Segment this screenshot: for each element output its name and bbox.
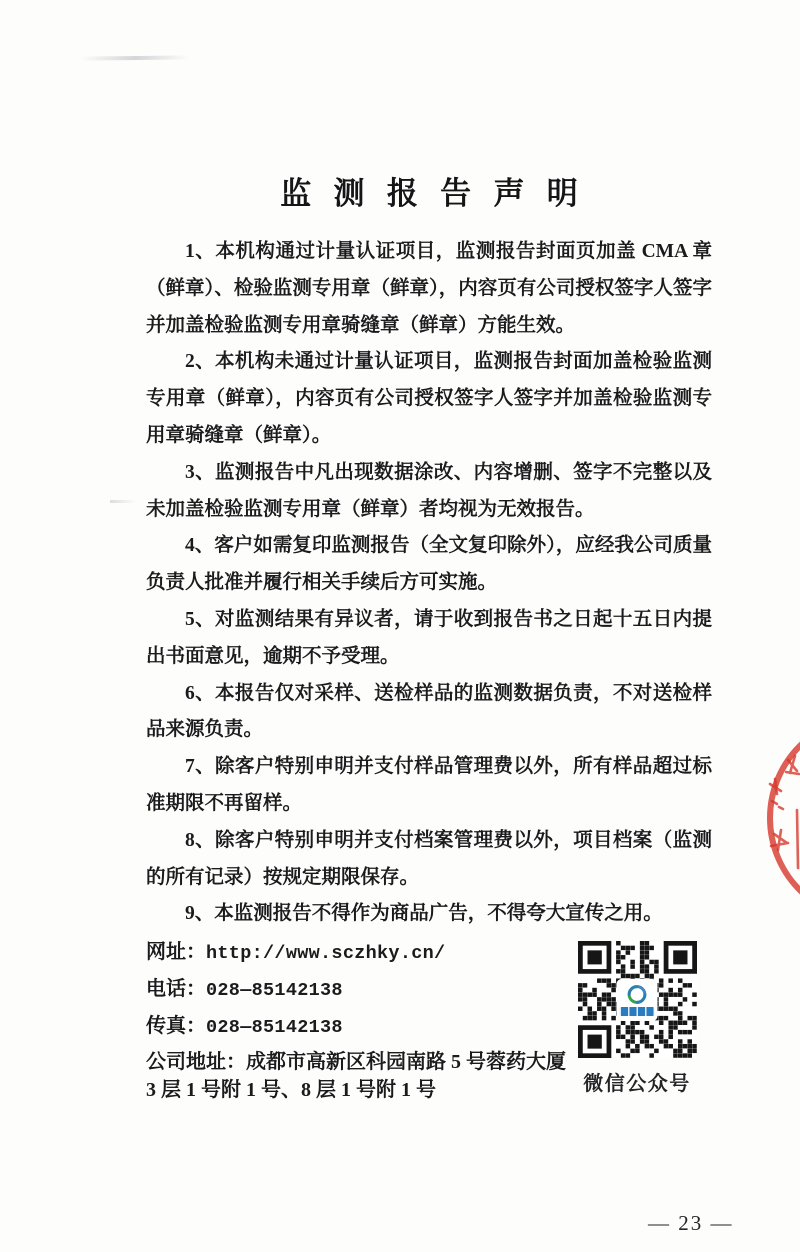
statement-body: 监测报告声明 1、本机构通过计量认证项目，监测报告封面页加盖 CMA 章（鲜章）… bbox=[146, 168, 712, 933]
address-line2: 3 层 1 号附 1 号、8 层 1 号附 1 号 bbox=[146, 1079, 436, 1101]
contact-label: 传真： bbox=[146, 1015, 206, 1037]
statement-paragraph: 4、客户如需复印监测报告（全文复印除外），应经我公司质量负责人批准并履行相关手续… bbox=[146, 528, 712, 602]
contact-label: 电话： bbox=[146, 978, 206, 1000]
address-label: 公司地址： bbox=[146, 1051, 246, 1073]
statement-paragraph: 2、本机构未通过计量认证项目，监测报告封面加盖检验监测专用章（鲜章），内容页有公… bbox=[146, 344, 712, 454]
contact-footer: 网址：http://www.sczhky.cn/ 电话：028—85142138… bbox=[146, 934, 586, 1104]
company-address: 公司地址：成都市高新区科园南路 5 号蓉药大厦 3 层 1 号附 1 号、8 层… bbox=[146, 1049, 586, 1104]
wechat-qr-code bbox=[578, 941, 697, 1058]
contact-fax: 传真：028—85142138 bbox=[146, 1008, 586, 1045]
scan-artifact bbox=[80, 55, 190, 60]
red-seal-stamp bbox=[758, 728, 800, 903]
contact-value: 028—85142138 bbox=[206, 980, 343, 1001]
document-page: 监测报告声明 1、本机构通过计量认证项目，监测报告封面页加盖 CMA 章（鲜章）… bbox=[0, 0, 800, 1252]
contact-website: 网址：http://www.sczhky.cn/ bbox=[146, 934, 586, 971]
qr-caption: 微信公众号 bbox=[576, 1067, 698, 1096]
statement-paragraph: 6、本报告仅对采样、送检样品的监测数据负责，不对送检样品来源负责。 bbox=[146, 676, 712, 750]
contact-label: 网址： bbox=[146, 941, 206, 963]
contact-phone: 电话：028—85142138 bbox=[146, 971, 586, 1008]
contact-value: 028—85142138 bbox=[206, 1017, 343, 1038]
page-title: 监测报告声明 bbox=[146, 168, 712, 213]
statement-paragraph: 5、对监测结果有异议者，请于收到报告书之日起十五日内提出书面意见，逾期不予受理。 bbox=[146, 602, 712, 676]
statement-paragraph: 9、本监测报告不得作为商品广告，不得夸大宣传之用。 bbox=[146, 896, 712, 933]
statement-paragraph: 1、本机构通过计量认证项目，监测报告封面页加盖 CMA 章（鲜章）、检验监测专用… bbox=[146, 234, 712, 344]
statement-paragraph: 7、除客户特别申明并支付样品管理费以外，所有样品超过标准期限不再留样。 bbox=[146, 749, 712, 823]
logo-text-bar bbox=[620, 1007, 655, 1016]
address-line1: 成都市高新区科园南路 5 号蓉药大厦 bbox=[246, 1051, 566, 1073]
statement-paragraph: 8、除客户特别申明并支付档案管理费以外，项目档案（监测的所有记录）按规定期限保存… bbox=[146, 823, 712, 897]
page-number: — 23 — bbox=[648, 1211, 734, 1236]
scan-artifact bbox=[110, 500, 136, 503]
swirl-logo-icon bbox=[627, 984, 648, 1005]
wechat-qr-block: 微信公众号 bbox=[576, 941, 698, 1096]
statement-paragraph: 3、监测报告中凡出现数据涂改、内容增删、签字不完整以及未加盖检验监测专用章（鲜章… bbox=[146, 455, 712, 529]
qr-center-logo bbox=[617, 979, 658, 1021]
contact-value: http://www.sczhky.cn/ bbox=[206, 943, 445, 964]
